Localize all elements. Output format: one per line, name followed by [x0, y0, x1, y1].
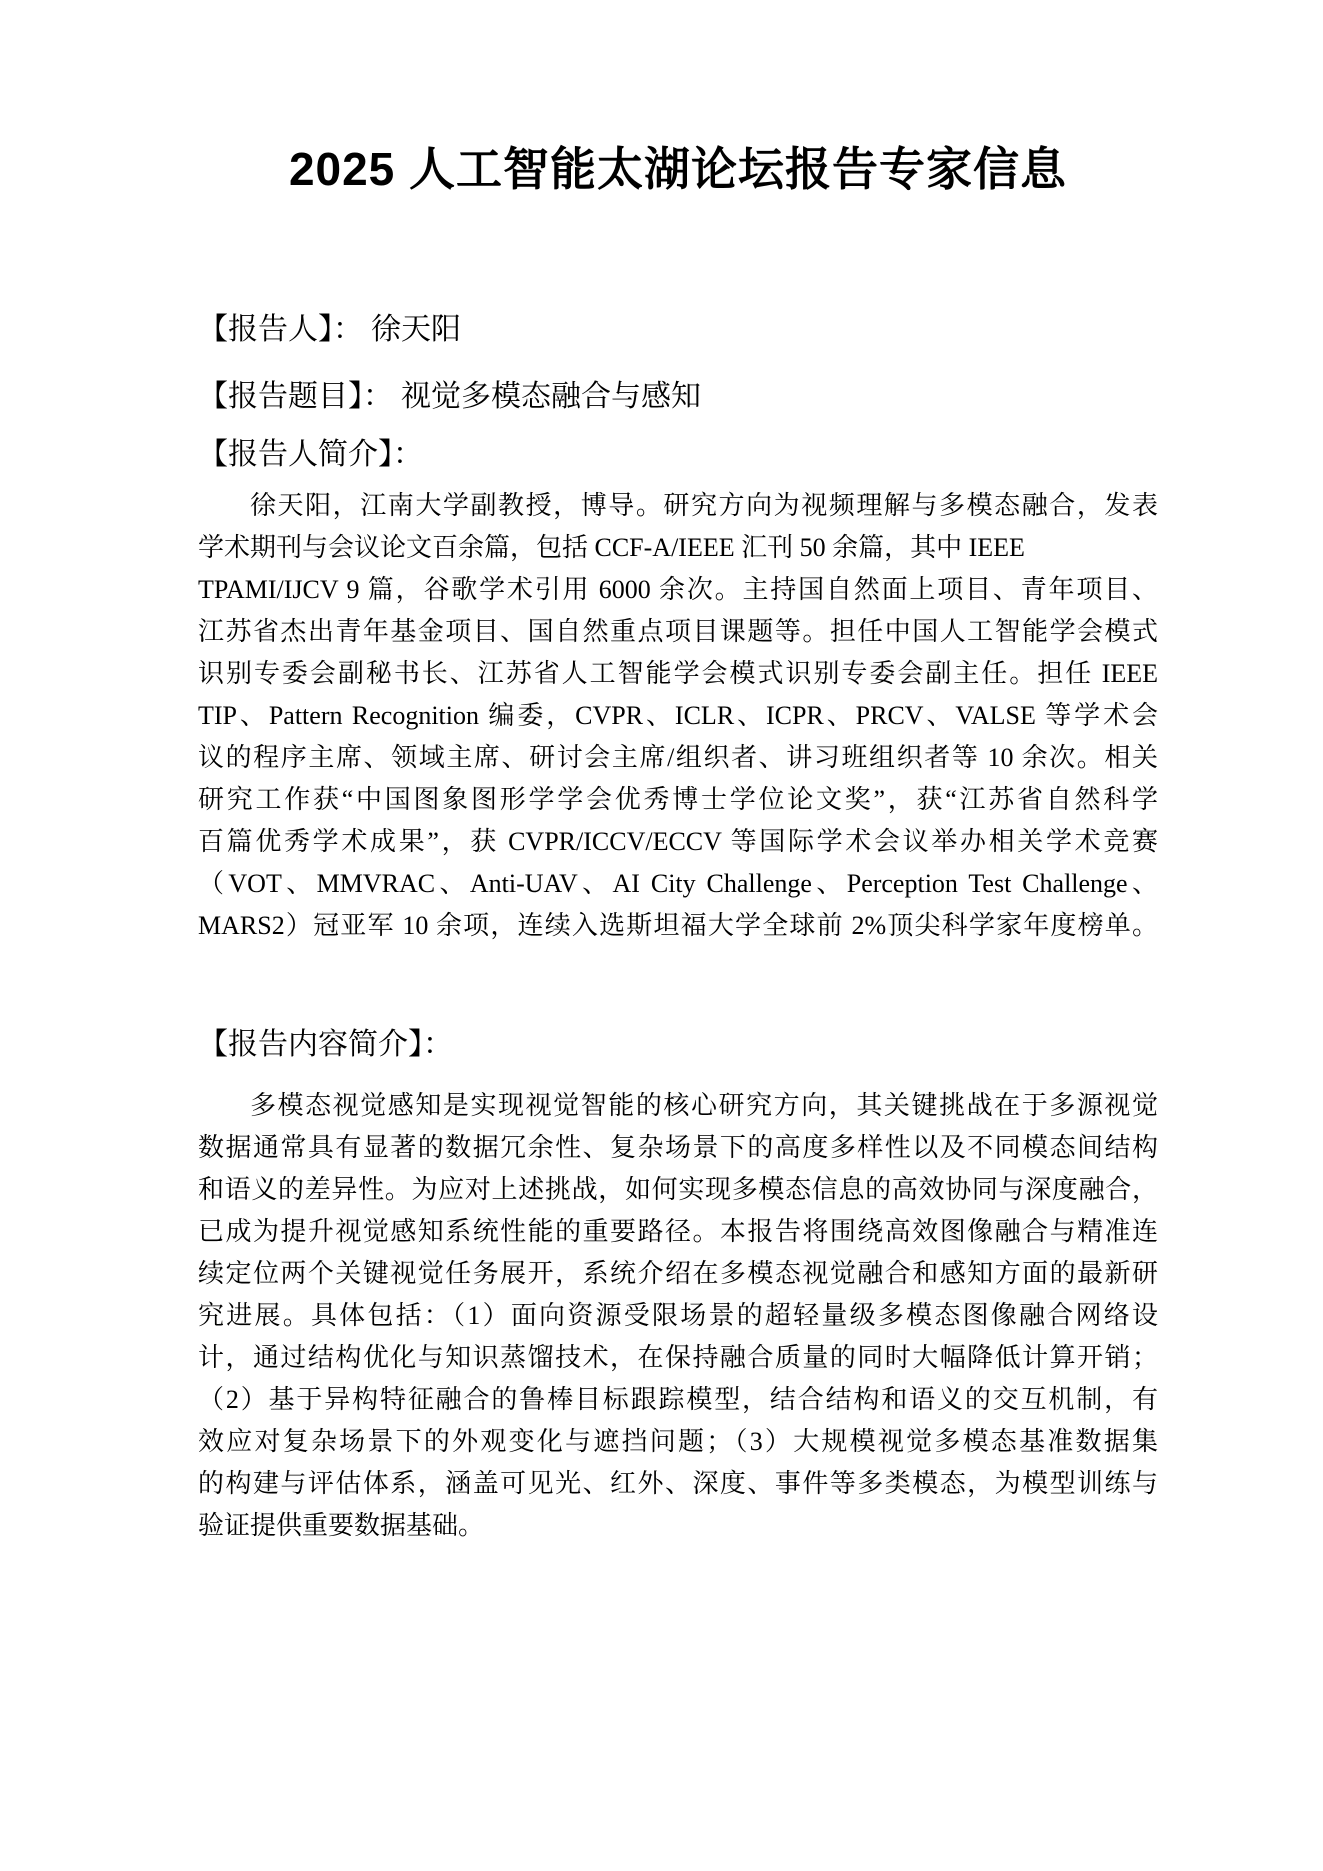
paragraph-line: 和语义的差异性。为应对上述挑战，如何实现多模态信息的高效协同与深度融合， — [198, 1169, 1158, 1211]
document-page: 2025 人工智能太湖论坛报告专家信息 【报告人】：徐天阳 【报告题目】：视觉多… — [0, 0, 1323, 1871]
paragraph-line: 究进展。具体包括：（1）面向资源受限场景的超轻量级多模态图像融合网络设 — [198, 1295, 1158, 1337]
speaker-row: 【报告人】：徐天阳 — [198, 310, 1158, 350]
topic-row: 【报告题目】：视觉多模态融合与感知 — [198, 377, 1158, 417]
paragraph-line: 研究工作获“中国图象图形学学会优秀博士学位论文奖”，获“江苏省自然科学 — [198, 779, 1158, 821]
document-text-column: 2025 人工智能太湖论坛报告专家信息 【报告人】：徐天阳 【报告题目】：视觉多… — [198, 140, 1158, 1547]
paragraph-line: 百篇优秀学术成果”，获 CVPR/ICCV/ECCV 等国际学术会议举办相关学术… — [198, 821, 1158, 863]
document-title: 2025 人工智能太湖论坛报告专家信息 — [198, 140, 1158, 198]
abstract-section-heading: 【报告内容简介】： — [198, 1025, 1158, 1065]
paragraph-line: 识别专委会副秘书长、江苏省人工智能学会模式识别专委会副主任。担任 IEEE — [198, 653, 1158, 695]
topic-label: 【报告题目】： — [198, 380, 393, 413]
paragraph-line: 数据通常具有显著的数据冗余性、复杂场景下的高度多样性以及不同模态间结构 — [198, 1127, 1158, 1169]
abstract-paragraph: 多模态视觉感知是实现视觉智能的核心研究方向，其关键挑战在于多源视觉数据通常具有显… — [198, 1085, 1158, 1547]
paragraph-line: 的构建与评估体系，涵盖可见光、红外、深度、事件等多类模态，为模型训练与 — [198, 1463, 1158, 1505]
paragraph-line: （2）基于异构特征融合的鲁棒目标跟踪模型，结合结构和语义的交互机制，有 — [198, 1379, 1158, 1421]
paragraph-line: MARS2）冠亚军 10 余项，连续入选斯坦福大学全球前 2%顶尖科学家年度榜单… — [198, 905, 1158, 947]
paragraph-line: 已成为提升视觉感知系统性能的重要路径。本报告将围绕高效图像融合与精准连 — [198, 1211, 1158, 1253]
paragraph-line: 徐天阳，江南大学副教授，博导。研究方向为视频理解与多模态融合，发表 — [198, 485, 1158, 527]
paragraph-line: 江苏省杰出青年基金项目、国自然重点项目课题等。担任中国人工智能学会模式 — [198, 611, 1158, 653]
paragraph-line: 议的程序主席、领域主席、研讨会主席/组织者、讲习班组织者等 10 余次。相关 — [198, 737, 1158, 779]
paragraph-line: 学术期刊与会议论文百余篇，包括 CCF-A/IEEE 汇刊 50 余篇，其中 I… — [198, 527, 1158, 569]
speaker-label: 【报告人】： — [198, 313, 363, 346]
paragraph-line: 验证提供重要数据基础。 — [198, 1505, 1158, 1547]
paragraph-line: 多模态视觉感知是实现视觉智能的核心研究方向，其关键挑战在于多源视觉 — [198, 1085, 1158, 1127]
paragraph-line: （VOT、MMVRAC、Anti-UAV、AI City Challenge、P… — [198, 863, 1158, 905]
paragraph-line: TPAMI/IJCV 9 篇，谷歌学术引用 6000 余次。主持国自然面上项目、… — [198, 569, 1158, 611]
paragraph-line: 续定位两个关键视觉任务展开，系统介绍在多模态视觉融合和感知方面的最新研 — [198, 1253, 1158, 1295]
paragraph-line: TIP、Pattern Recognition 编委，CVPR、ICLR、ICP… — [198, 695, 1158, 737]
bio-paragraph: 徐天阳，江南大学副教授，博导。研究方向为视频理解与多模态融合，发表学术期刊与会议… — [198, 485, 1158, 947]
topic-title: 视觉多模态融合与感知 — [401, 380, 701, 413]
bio-section-heading: 【报告人简介】： — [198, 435, 1158, 475]
speaker-name: 徐天阳 — [371, 313, 461, 346]
paragraph-line: 计，通过结构优化与知识蒸馏技术，在保持融合质量的同时大幅降低计算开销； — [198, 1337, 1158, 1379]
paragraph-line: 效应对复杂场景下的外观变化与遮挡问题；（3）大规模视觉多模态基准数据集 — [198, 1421, 1158, 1463]
